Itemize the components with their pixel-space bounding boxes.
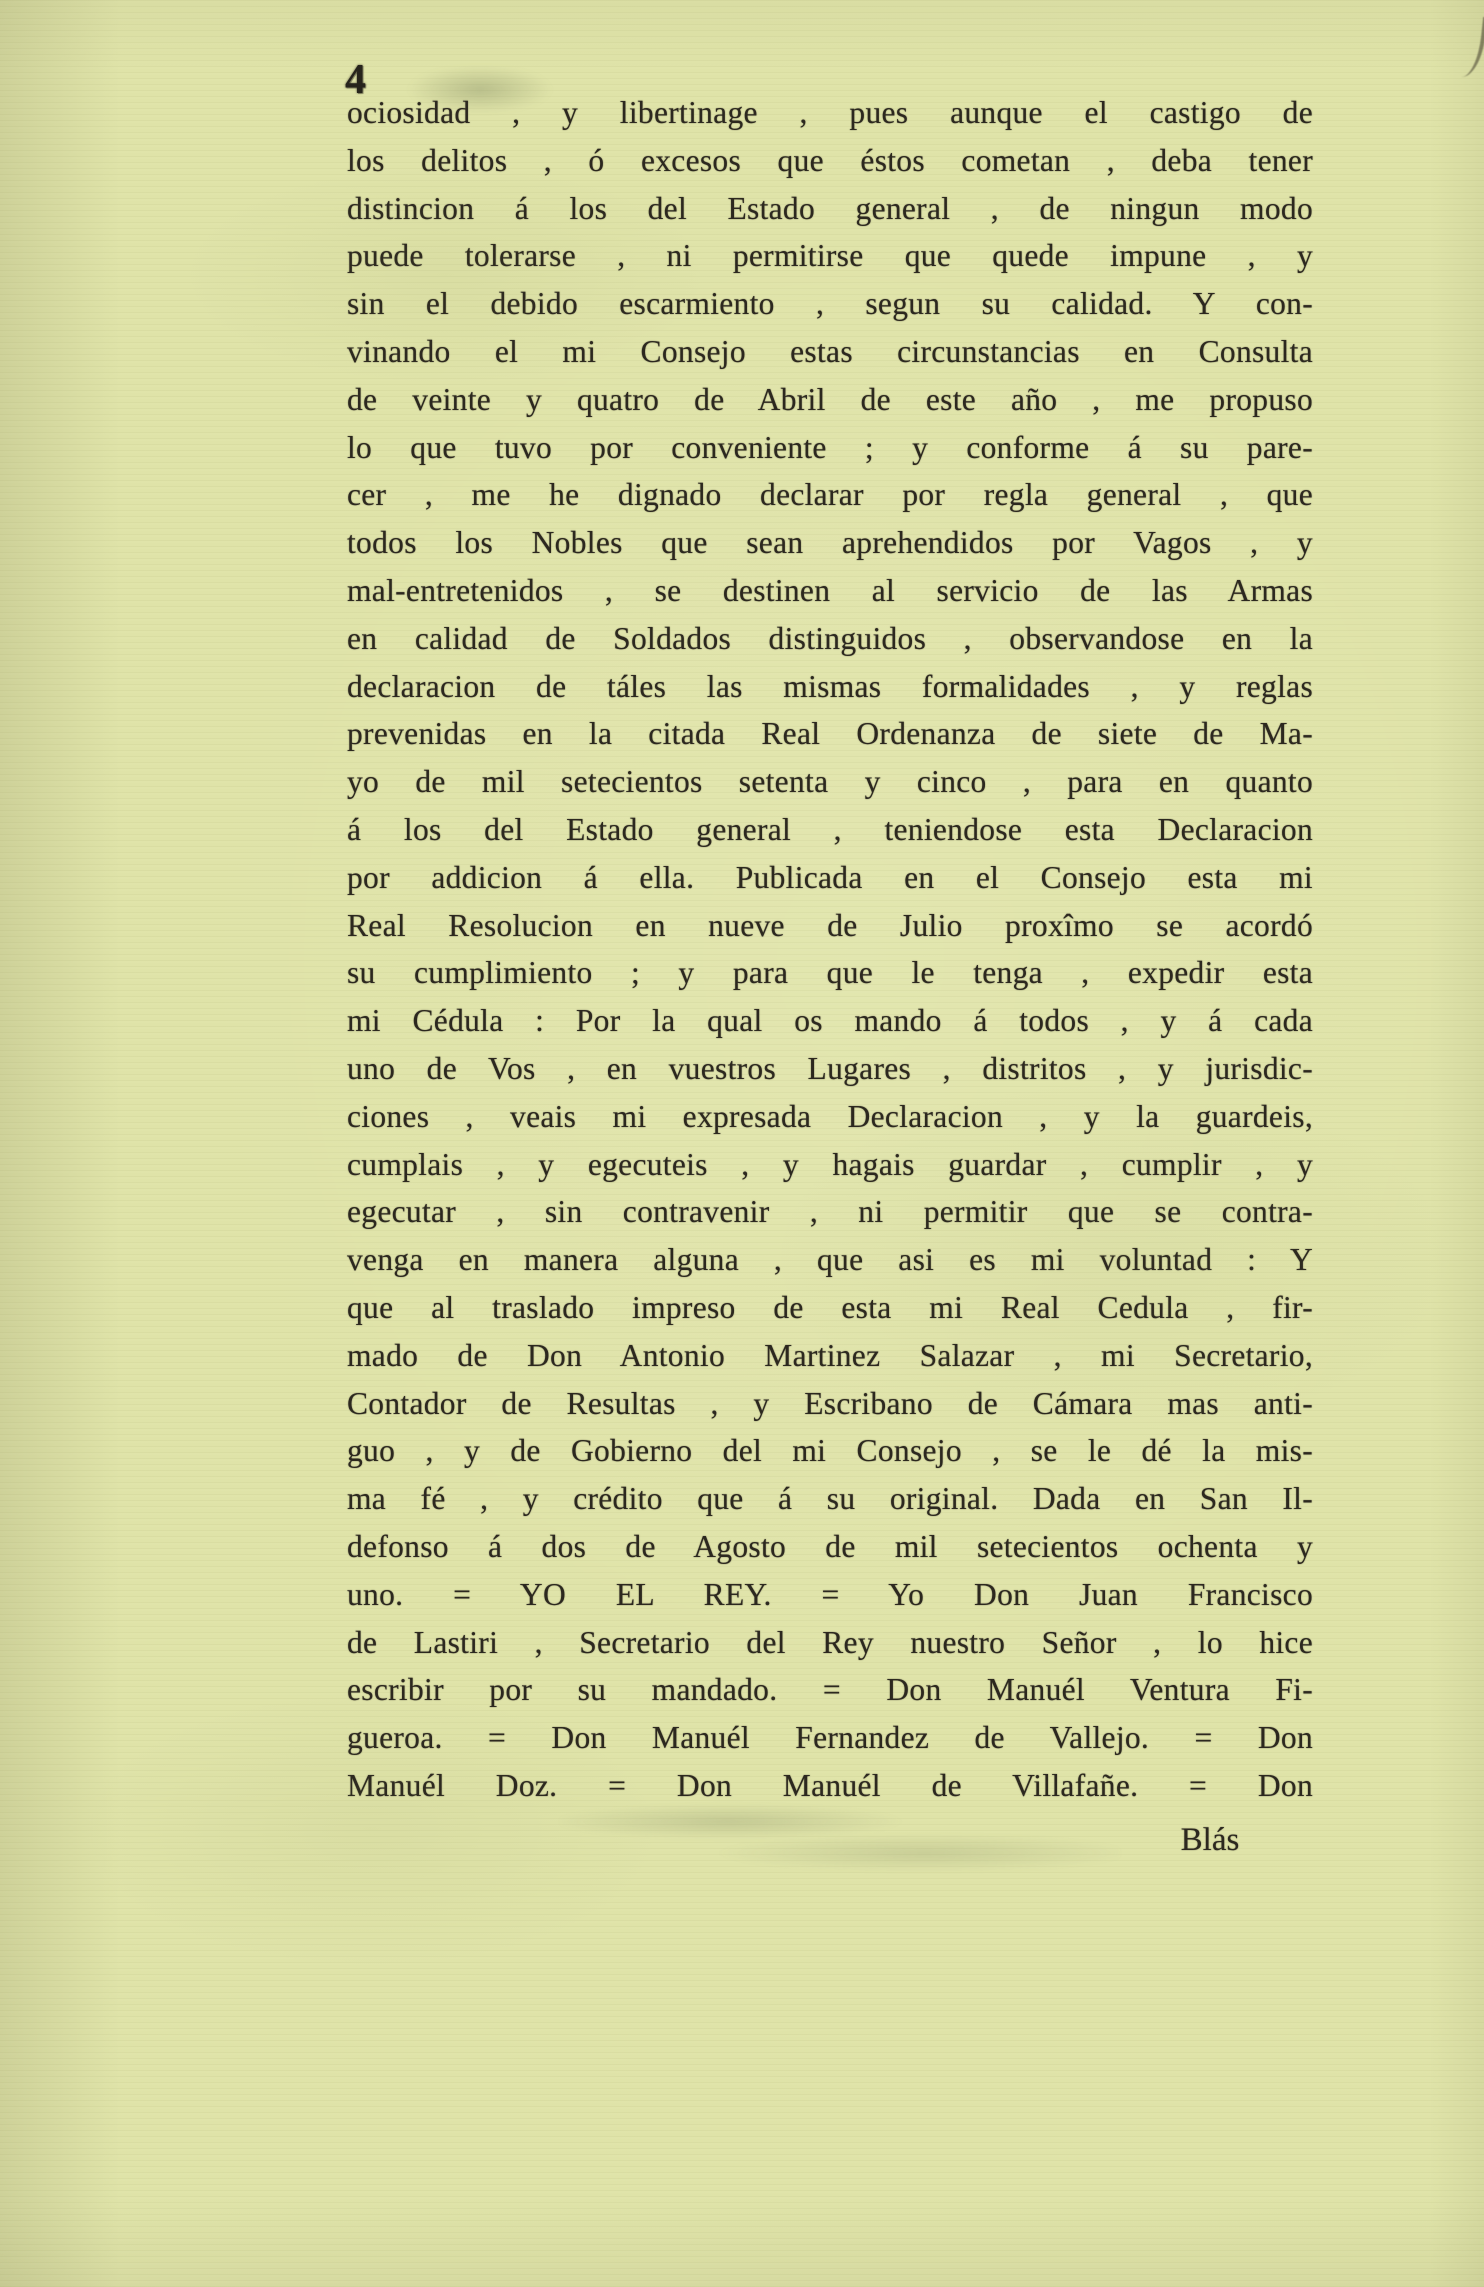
text-line: en calidad de Soldados distinguidos , ob…: [347, 615, 1313, 663]
text-line: declaracion de táles las mismas formalid…: [347, 663, 1313, 711]
text-line: venga en manera alguna , que asi es mi v…: [347, 1236, 1313, 1284]
ink-mark-icon: [1459, 15, 1484, 79]
text-line: que al traslado impreso de esta mi Real …: [347, 1284, 1313, 1332]
text-line: de veinte y quatro de Abril de este año …: [347, 376, 1313, 424]
text-line: á los del Estado general , teniendose es…: [347, 806, 1313, 854]
text-line: de Lastiri , Secretario del Rey nuestro …: [347, 1619, 1313, 1667]
text-line: uno de Vos , en vuestros Lugares , distr…: [347, 1045, 1313, 1093]
text-line: su cumplimiento ; y para que le tenga , …: [347, 949, 1313, 997]
text-line: defonso á dos de Agosto de mil setecient…: [347, 1523, 1313, 1571]
text-line: distincion á los del Estado general , de…: [347, 185, 1313, 233]
text-line: Real Resolucion en nueve de Julio proxîm…: [347, 902, 1313, 950]
text-line: cumplais , y egecuteis , y hagais guarda…: [347, 1141, 1313, 1189]
document-page: 4 ociosidad , y libertinage , pues aunqu…: [0, 0, 1484, 2287]
body-text: ociosidad , y libertinage , pues aunque …: [347, 89, 1313, 1810]
text-line: ma fé , y crédito que á su original. Dad…: [347, 1475, 1313, 1523]
text-line: guo , y de Gobierno del mi Consejo , se …: [347, 1427, 1313, 1475]
text-line: egecutar , sin contravenir , ni permitir…: [347, 1188, 1313, 1236]
text-line: mi Cédula : Por la qual os mando á todos…: [347, 997, 1313, 1045]
text-line: gueroa. = Don Manuél Fernandez de Vallej…: [347, 1714, 1313, 1762]
text-line: yo de mil setecientos setenta y cinco , …: [347, 758, 1313, 806]
text-line: Contador de Resultas , y Escribano de Cá…: [347, 1380, 1313, 1428]
text-line: los delitos , ó excesos que éstos cometa…: [347, 137, 1313, 185]
text-line: ciones , veais mi expresada Declaracion …: [347, 1093, 1313, 1141]
text-line: sin el debido escarmiento , segun su cal…: [347, 280, 1313, 328]
text-line: mado de Don Antonio Martinez Salazar , m…: [347, 1332, 1313, 1380]
text-line: prevenidas en la citada Real Ordenanza d…: [347, 710, 1313, 758]
text-line: uno. = YO EL REY. = Yo Don Juan Francisc…: [347, 1571, 1313, 1619]
text-line: todos los Nobles que sean aprehendidos p…: [347, 519, 1313, 567]
text-line: lo que tuvo por conveniente ; y conforme…: [347, 424, 1313, 472]
text-line: cer , me he dignado declarar por regla g…: [347, 471, 1313, 519]
text-line: vinando el mi Consejo estas circunstanci…: [347, 328, 1313, 376]
text-line: escribir por su mandado. = Don Manuél Ve…: [347, 1666, 1313, 1714]
text-line: ociosidad , y libertinage , pues aunque …: [347, 89, 1313, 137]
text-line: por addicion á ella. Publicada en el Con…: [347, 854, 1313, 902]
text-line: puede tolerarse , ni permitirse que qued…: [347, 232, 1313, 280]
text-line: Manuél Doz. = Don Manuél de Villafañe. =…: [347, 1762, 1313, 1810]
catchword: Blás: [1145, 1822, 1275, 1859]
text-line: mal-entretenidos , se destinen al servic…: [347, 567, 1313, 615]
